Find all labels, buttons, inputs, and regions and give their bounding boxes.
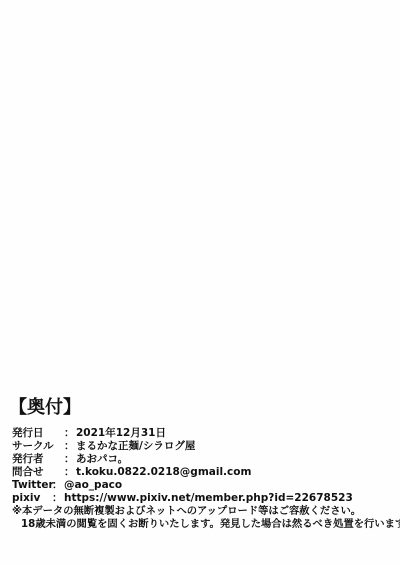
row-label: サークル xyxy=(12,440,64,453)
colophon-title: 【奥付】 xyxy=(9,397,396,419)
row-separator: ： xyxy=(52,492,64,505)
document-page: 【奥付】 発行日 ： 2021年12月31日 サークル ： まるかな正麺/シラロ… xyxy=(0,0,400,565)
colophon-row-twitter: Twitter ： @ao_paco xyxy=(12,479,396,492)
colophon-row-contact: 問合せ ： t.koku.0822.0218@gmail.com xyxy=(12,466,396,479)
colophon-row-publisher: 発行者 ： あおパコ。 xyxy=(12,453,396,466)
row-separator: ： xyxy=(64,453,76,466)
row-separator: ： xyxy=(64,466,76,479)
colophon-row-circle: サークル ： まるかな正麺/シラログ屋 xyxy=(12,440,396,453)
colophon-row-pixiv: pixiv ： https://www.pixiv.net/member.php… xyxy=(12,492,396,505)
row-value: まるかな正麺/シラログ屋 xyxy=(76,440,195,453)
row-label: 発行者 xyxy=(12,453,64,466)
pixiv-url: https://www.pixiv.net/member.php?id=2267… xyxy=(64,492,353,505)
row-separator: ： xyxy=(52,479,64,492)
row-label: 問合せ xyxy=(12,466,64,479)
contact-email: t.koku.0822.0218@gmail.com xyxy=(76,466,251,479)
row-label: Twitter xyxy=(12,479,52,492)
colophon-row-publish-date: 発行日 ： 2021年12月31日 xyxy=(12,427,396,440)
row-value: 2021年12月31日 xyxy=(76,427,166,440)
row-value: あおパコ。 xyxy=(76,453,128,466)
twitter-handle: @ao_paco xyxy=(64,479,122,492)
row-label: 発行日 xyxy=(12,427,64,440)
age-restriction-notice: 18歳未満の閲覧を固くお断りいたします。発見した場合は然るべき処置を行います。 xyxy=(12,518,396,531)
row-separator: ： xyxy=(64,440,76,453)
row-separator: ： xyxy=(64,427,76,440)
copyright-notice: ※本データの無断複製およびネットへのアップロード等はご容赦ください。 xyxy=(12,505,396,518)
colophon-block: 【奥付】 発行日 ： 2021年12月31日 サークル ： まるかな正麺/シラロ… xyxy=(12,397,396,531)
row-label: pixiv xyxy=(12,492,52,505)
